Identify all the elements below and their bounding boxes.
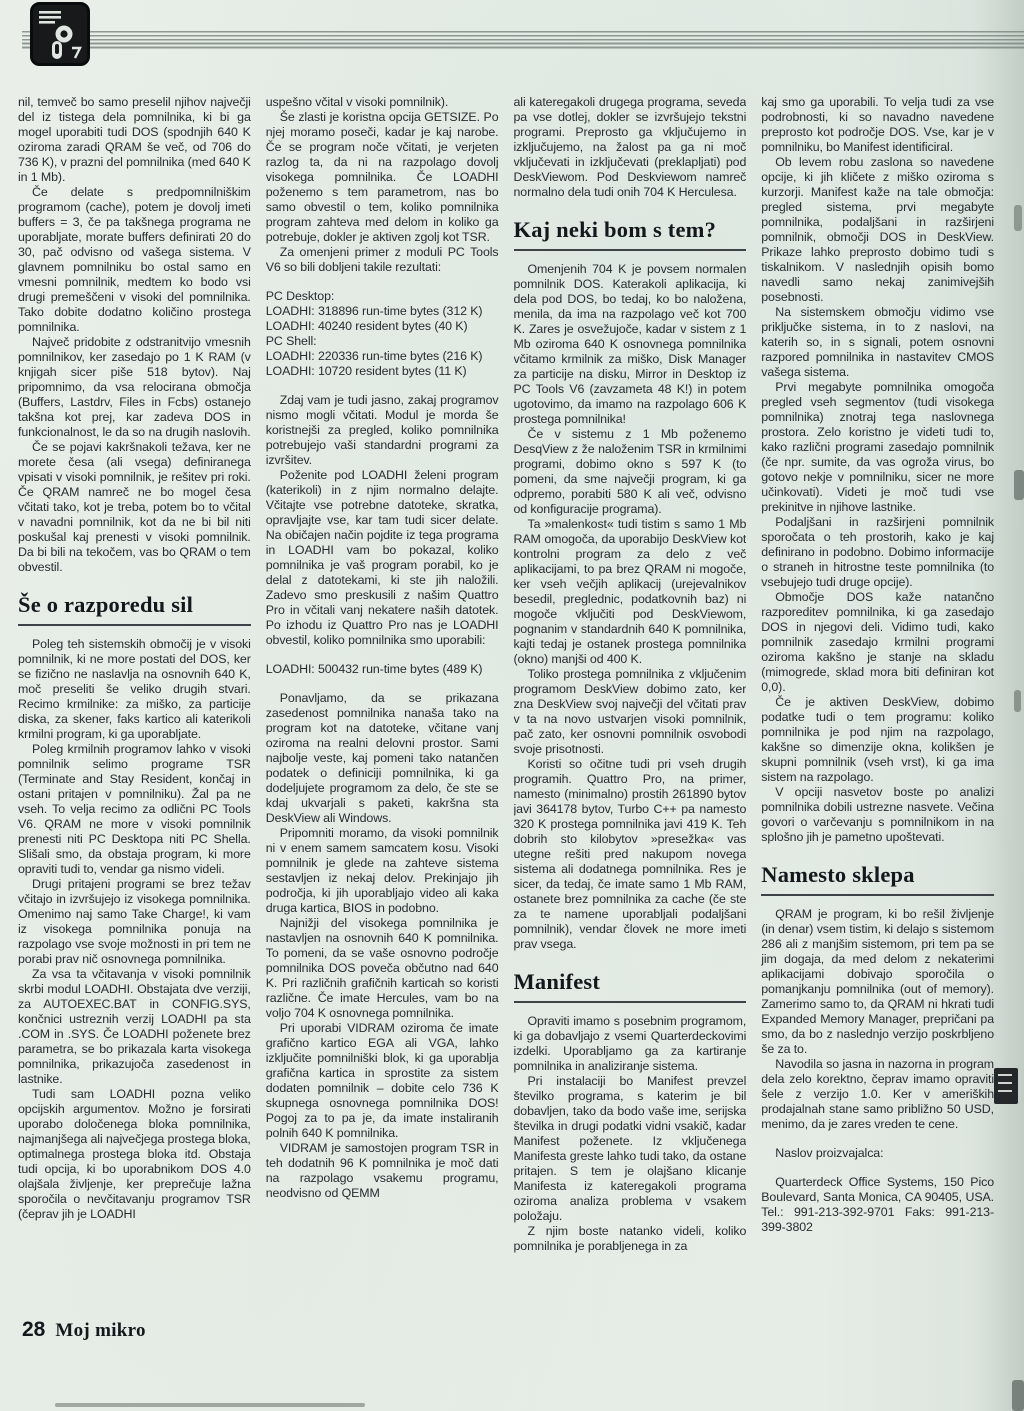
scan-artifact — [55, 1403, 365, 1407]
paragraph: Če je aktiven DeskView, dobimo podatke t… — [761, 695, 994, 785]
paragraph: Ob levem robu zaslona so navedene opcije… — [761, 155, 994, 305]
magazine-section-icon — [30, 2, 90, 66]
paragraph: Tudi sam LOADHI pozna veliko opcijskih a… — [18, 1087, 251, 1222]
scan-artifact — [1012, 1380, 1024, 1411]
paragraph: Zdaj vam je tudi jasno, zakaj programov … — [266, 393, 499, 468]
paragraph: Poženite pod LOADHI želeni program (kate… — [266, 468, 499, 648]
paragraph: Poleg teh sistemskih območij je v visoki… — [18, 637, 251, 742]
paragraph: Največ pridobite z odstranitvijo vmesnih… — [18, 335, 251, 440]
scan-artifact — [1014, 205, 1022, 231]
page-footer: 28 Moj mikro — [22, 1318, 146, 1342]
section-heading-text: Manifest — [514, 969, 747, 994]
magazine-name: Moj mikro — [55, 1320, 145, 1342]
paragraph: Poleg krmilnih programov lahko v visoki … — [18, 742, 251, 877]
paragraph: Pripomniti moramo, da visoki pomnilnik n… — [266, 826, 499, 916]
paragraph: nil, temveč bo samo preselil njihov najv… — [18, 95, 251, 185]
paragraph: Naslov proizvajalca: — [761, 1146, 994, 1161]
text-column-2: uspešno včital v visoki pomnilnik).Še zl… — [266, 95, 499, 1405]
paragraph: Za omenjeni primer z moduli PC Tools V6 … — [266, 245, 499, 275]
paragraph: Opraviti imamo s posebnim programom, ki … — [514, 1014, 747, 1074]
listing-line: PC Shell: — [266, 334, 499, 349]
listing-line: PC Desktop: — [266, 289, 499, 304]
heading-rule — [514, 1001, 747, 1003]
paragraph: Pri uporabi VIDRAM oziroma če imate graf… — [266, 1021, 499, 1141]
text-column-1: nil, temveč bo samo preselil njihov najv… — [18, 95, 251, 1405]
section-heading: Manifest — [514, 969, 747, 1003]
heading-rule — [761, 894, 994, 896]
heading-rule — [514, 249, 747, 251]
paragraph: kaj smo ga uporabili. To velja tudi za v… — [761, 95, 994, 155]
paragraph: Toliko prostega pomnilnika z vključenim … — [514, 667, 747, 757]
section-heading: Namesto sklepa — [761, 862, 994, 896]
scan-artifact — [1014, 690, 1021, 712]
section-heading: Kaj neki bom s tem? — [514, 217, 747, 251]
listing-line: LOADHI: 500432 run-time bytes (489 K) — [266, 662, 499, 677]
paragraph: Ponavljamo, da se prikazana zasedenost p… — [266, 691, 499, 826]
paragraph: Najnižji del visokega pomnilnika je nast… — [266, 916, 499, 1021]
paragraph: V opciji nasvetov boste po analizi pomni… — [761, 785, 994, 845]
paragraph: Quarterdeck Office Systems, 150 Pico Bou… — [761, 1175, 994, 1235]
paragraph: Če se pojavi kakršnakoli težava, ker ne … — [18, 440, 251, 575]
section-heading: Še o razporedu sil — [18, 592, 251, 626]
paragraph: Ta »malenkost« tudi tistim s samo 1 Mb R… — [514, 517, 747, 667]
listing-line: LOADHI: 10720 resident bytes (11 K) — [266, 364, 499, 379]
paragraph: Omenjenih 704 K je povsem normalen pomni… — [514, 262, 747, 427]
scan-artifact — [1014, 470, 1024, 500]
paragraph: Še zlasti je koristna opcija GETSIZE. Po… — [266, 110, 499, 245]
scan-artifact-blob — [994, 1068, 1018, 1104]
listing-line: LOADHI: 318896 run-time bytes (312 K) — [266, 304, 499, 319]
paragraph: Na sistemskem območju vidimo vse priklju… — [761, 305, 994, 380]
article-columns: nil, temveč bo samo preselil njihov najv… — [18, 95, 994, 1405]
section-heading-text: Še o razporedu sil — [18, 592, 251, 617]
paragraph: Podaljšani in razširjeni pomnilnik sporo… — [761, 515, 994, 590]
heading-rule — [18, 624, 251, 626]
paragraph: Z njim boste natanko videli, koliko pomn… — [514, 1224, 747, 1254]
paragraph: uspešno včital v visoki pomnilnik). — [266, 95, 499, 110]
paragraph: Navodila so jasna in nazorna in program … — [761, 1057, 994, 1132]
paragraph: Za vsa ta včitavanja v visoki pomnilnik … — [18, 967, 251, 1087]
paragraph: VIDRAM je samostojen program TSR in teh … — [266, 1141, 499, 1201]
header-stripe-band — [22, 31, 1024, 50]
section-heading-text: Namesto sklepa — [761, 862, 994, 887]
listing-line: LOADHI: 40240 resident bytes (40 K) — [266, 319, 499, 334]
listing-line: LOADHI: 220336 run-time bytes (216 K) — [266, 349, 499, 364]
magazine-page: nil, temveč bo samo preselil njihov najv… — [0, 0, 1024, 1411]
section-icon-graphic — [30, 2, 90, 66]
paragraph: Območje DOS kaže natančno razporeditev p… — [761, 590, 994, 695]
page-number: 28 — [22, 1318, 45, 1342]
paragraph: QRAM je program, ki bo rešil življenje (… — [761, 907, 994, 1057]
paragraph: Če v sistemu z 1 Mb poženemo DesqView z … — [514, 427, 747, 517]
paragraph: Pri instalaciji bo Manifest prevzel štev… — [514, 1074, 747, 1224]
paragraph: Drugi pritajeni programi se brez težav v… — [18, 877, 251, 967]
paragraph: Prvi megabyte pomnilnika omogoča pregled… — [761, 380, 994, 515]
text-column-3: ali kateregakoli drugega programa, seved… — [514, 95, 747, 1405]
text-column-4: kaj smo ga uporabili. To velja tudi za v… — [761, 95, 994, 1405]
paragraph: ali kateregakoli drugega programa, seved… — [514, 95, 747, 200]
paragraph: Če delate s predpomnilniškim programom (… — [18, 185, 251, 335]
paragraph: Koristi so očitne tudi pri vseh drugih p… — [514, 757, 747, 952]
section-heading-text: Kaj neki bom s tem? — [514, 217, 747, 242]
